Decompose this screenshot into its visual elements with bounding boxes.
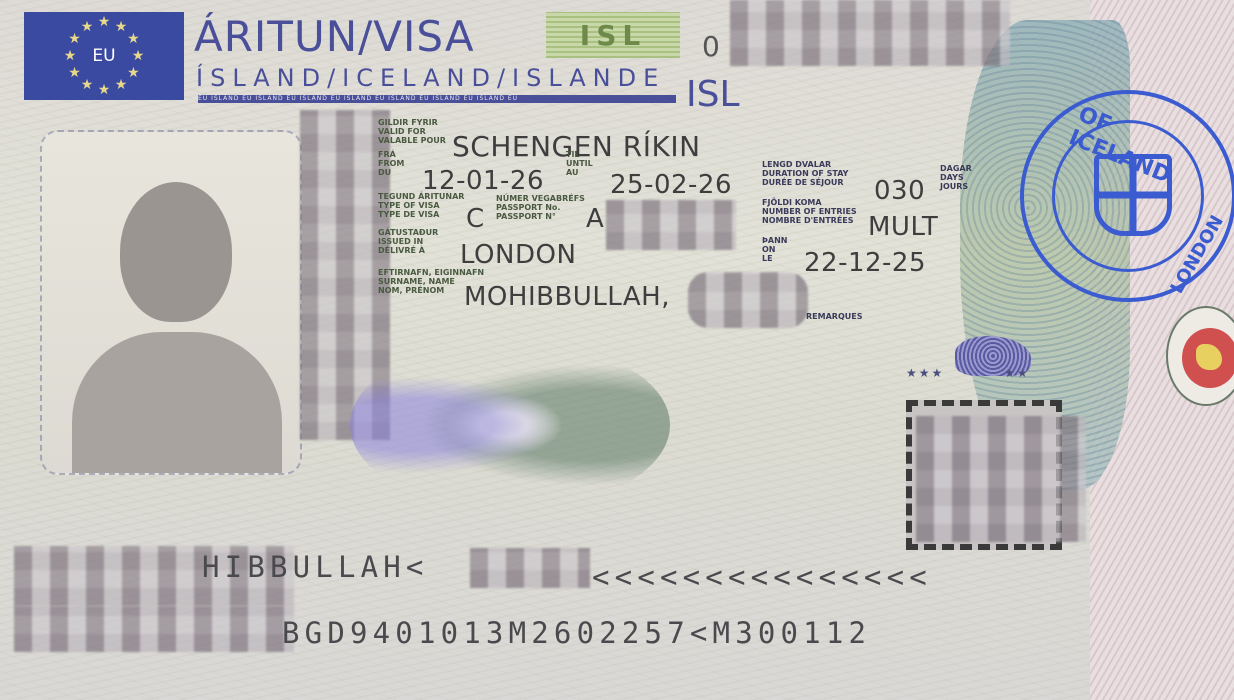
hologram-security-feature [350,340,670,510]
value-duration-of-stay: 030 [874,176,925,206]
embassy-stamp: OF ICELAND LONDON [1020,90,1234,302]
passport-number-redacted [606,200,736,250]
photo-silhouette-body [72,332,282,475]
security-stars-row: ★★★★★ [906,366,1030,380]
value-passport-number-prefix: A [586,204,604,234]
isl-hologram: ISL [546,12,680,58]
eu-star-icon: ★ [68,66,82,80]
stars-right: ★★ [1004,366,1030,380]
mrz-line1-visible: HIBBULLAH< [202,550,429,584]
label-type-of-visa: TEGUND ÁRITUNAR TYPE OF VISA TYPE DE VIS… [378,192,464,219]
eu-stars-circle: EU ★★★★★★★★★★★★ [64,16,144,96]
mrz-line2-redacted [14,606,294,652]
value-issued-on: 22-12-25 [804,248,926,278]
eu-star-icon: ★ [126,32,140,46]
value-issued-in: LONDON [460,240,576,270]
visa-number-redacted [730,0,1010,66]
eu-star-icon: ★ [126,66,140,80]
mrz-line1-fillers: <<<<<<<<<<<<<<< [592,560,932,594]
document-subtitle: ÍSLAND/ICELAND/ISLANDE [196,64,665,92]
eu-star-icon: ★ [80,78,94,92]
value-number-of-entries: MULT [868,212,938,242]
eu-star-icon: ★ [131,49,145,63]
label-issued-in: GÁTUSTAÐUR ISSUED IN DÉLIVRÉ À [378,228,438,255]
label-issued-on: ÞANN ON LE [762,236,787,263]
label-valid-for: GILDIR FYRIR VALID FOR VALABLE POUR [378,118,446,145]
stamp-emblem-icon [1094,154,1172,236]
eu-star-icon: ★ [80,20,94,34]
issuing-country-code: ISL [686,74,740,115]
value-type-of-visa: C [466,204,485,234]
holder-photo [40,130,302,475]
label-remarks: REMARQUES [806,312,862,321]
eu-star-icon: ★ [63,49,77,63]
visa-number-prefix: 0 [702,30,720,63]
2d-barcode-redacted [906,400,1062,550]
bd-seal-map-icon [1196,344,1222,370]
mrz-line1-redacted-middle [470,548,590,588]
eu-flag-label: EU [92,46,115,66]
label-passport-number: NÚMER VEGABRÉFS PASSPORT No. PASSPORT N° [496,194,585,221]
value-until: 25-02-26 [610,170,732,200]
label-from: FRÁ FROM DU [378,150,404,177]
eu-star-icon: ★ [114,78,128,92]
value-name: MOHIBBULLAH, [464,282,670,312]
mrz-line2-visible: BGD9401013M2602257<M300112 [282,616,871,650]
photo-silhouette-head [120,182,232,322]
document-title: ÁRITUN/VISA [194,12,475,61]
eu-star-icon: ★ [97,83,111,97]
bd-seal-red-disc [1182,328,1234,388]
microprint-band: EU ÍSLAND EU ÍSLAND EU ÍSLAND EU ÍSLAND … [198,95,676,103]
name-redacted [688,272,808,328]
label-duration-of-stay: LENGD DVALAR DURATION OF STAY DURÉE DE S… [762,160,848,187]
label-days: DAGAR DAYS JOURS [940,164,972,191]
eu-star-icon: ★ [97,15,111,29]
stars-left: ★★★ [906,366,944,380]
eu-flag-icon: EU ★★★★★★★★★★★★ [24,12,184,100]
label-until: TIL UNTIL AU [566,150,593,177]
label-number-of-entries: FJÖLDI KOMA NUMBER OF ENTRIES NOMBRE D'E… [762,198,857,225]
eu-star-icon: ★ [68,32,82,46]
